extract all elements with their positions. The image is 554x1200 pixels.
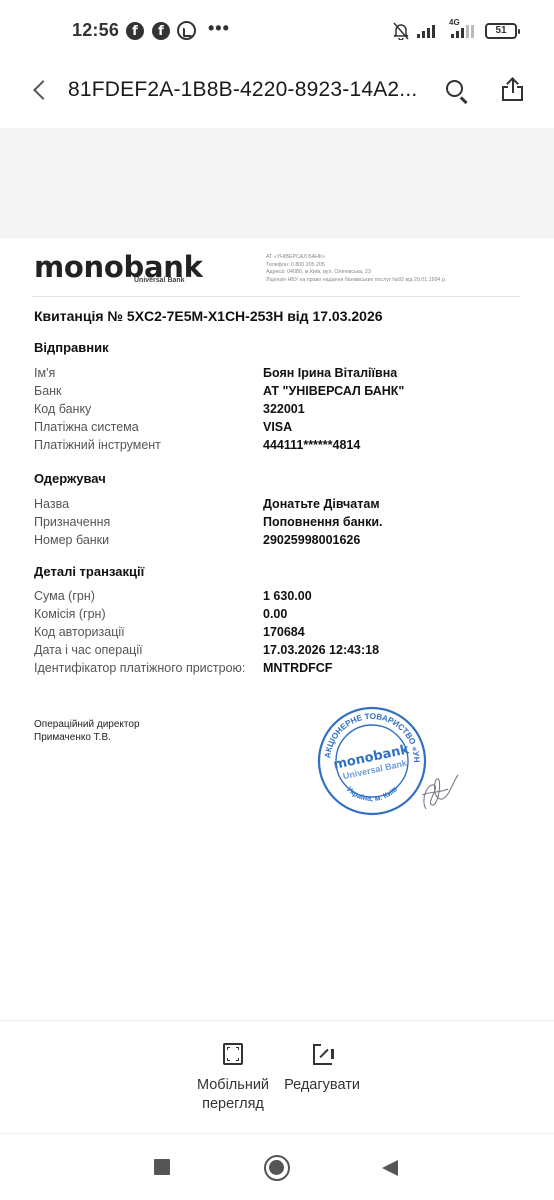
- home-button[interactable]: [264, 1155, 290, 1181]
- section-sender-title: Відправник: [34, 340, 109, 355]
- section-transaction-title: Деталі транзакції: [34, 564, 144, 579]
- signal-icon: [417, 24, 435, 38]
- mobile-view-icon: [223, 1043, 243, 1065]
- system-back-button[interactable]: [382, 1160, 398, 1176]
- detail-row: Код банку322001: [34, 402, 514, 420]
- document-top-margin: [0, 128, 554, 238]
- receipt-document[interactable]: monobank Universal Bank АТ «УНІВЕРСАЛ БА…: [0, 238, 554, 1018]
- battery-icon: 51: [485, 23, 517, 39]
- bottom-toolbar: Мобільний перегляд Редагувати: [0, 1020, 554, 1133]
- detail-row: Платіжна системаVISA: [34, 420, 514, 438]
- section-recipient-title: Одержувач: [34, 471, 106, 486]
- more-notifications-icon: •••: [208, 18, 230, 39]
- detail-row: Сума (грн)1 630.00: [34, 589, 514, 607]
- status-bar: 12:56 f f ••• 4G 51: [0, 0, 554, 60]
- system-nav-bar: [0, 1133, 554, 1200]
- bank-stamp: АКЦІОНЕРНЕ ТОВАРИСТВО «УНІВЕРСАЛ БАНК» У…: [316, 705, 428, 817]
- detail-row: НазваДонатьте Дівчатам: [34, 497, 514, 515]
- recent-apps-button[interactable]: [154, 1159, 170, 1175]
- bank-info: АТ «УНІВЕРСАЛ БАНК» Телефон: 0 800 205 2…: [266, 254, 446, 284]
- status-time: 12:56: [72, 20, 119, 41]
- detail-row: Дата і час операції17.03.2026 12:43:18: [34, 643, 514, 661]
- detail-row: ПризначенняПоповнення банки.: [34, 515, 514, 533]
- app-bar: 81FDEF2A-1B8B-4220-8923-14A2...: [0, 60, 554, 128]
- header-divider: [32, 296, 520, 297]
- bell-muted-icon: [393, 22, 409, 40]
- signal-4g-icon: [451, 24, 474, 38]
- document-title: 81FDEF2A-1B8B-4220-8923-14A2...: [68, 78, 417, 102]
- facebook-icon: f: [152, 22, 170, 40]
- search-button[interactable]: [443, 77, 471, 105]
- detail-row: Платіжний інструмент444111******4814: [34, 438, 514, 456]
- share-button[interactable]: [500, 76, 526, 104]
- back-button[interactable]: [30, 77, 54, 105]
- viber-icon: [177, 21, 196, 40]
- svg-text:Україна, м. Київ: Україна, м. Київ: [345, 784, 399, 803]
- detail-row: Комісія (грн)0.00: [34, 607, 514, 625]
- edit-button[interactable]: Редагувати: [279, 1043, 365, 1095]
- receipt-title: Квитанція № 5XC2-7E5M-X1CH-253H від 17.0…: [34, 308, 383, 324]
- detail-row: БанкАТ "УНІВЕРСАЛ БАНК": [34, 384, 514, 402]
- detail-row: Ідентифікатор платіжного пристрою:MNTRDF…: [34, 661, 514, 679]
- facebook-icon: f: [126, 22, 144, 40]
- detail-row: Код авторизації170684: [34, 625, 514, 643]
- mobile-view-button[interactable]: Мобільний перегляд: [191, 1043, 275, 1114]
- edit-icon: [313, 1046, 332, 1065]
- search-icon: [446, 80, 463, 97]
- signature: [418, 773, 460, 813]
- detail-row: Ім'яБоян Ірина Віталіївна: [34, 366, 514, 384]
- detail-row: Номер банки29025998001626: [34, 533, 514, 551]
- signatory-title: Операційний директор: [34, 718, 140, 731]
- logo-subtitle: Universal Bank: [134, 277, 185, 284]
- signatory: Операційний директор Примаченко Т.В.: [34, 718, 140, 744]
- signatory-name: Примаченко Т.В.: [34, 731, 140, 744]
